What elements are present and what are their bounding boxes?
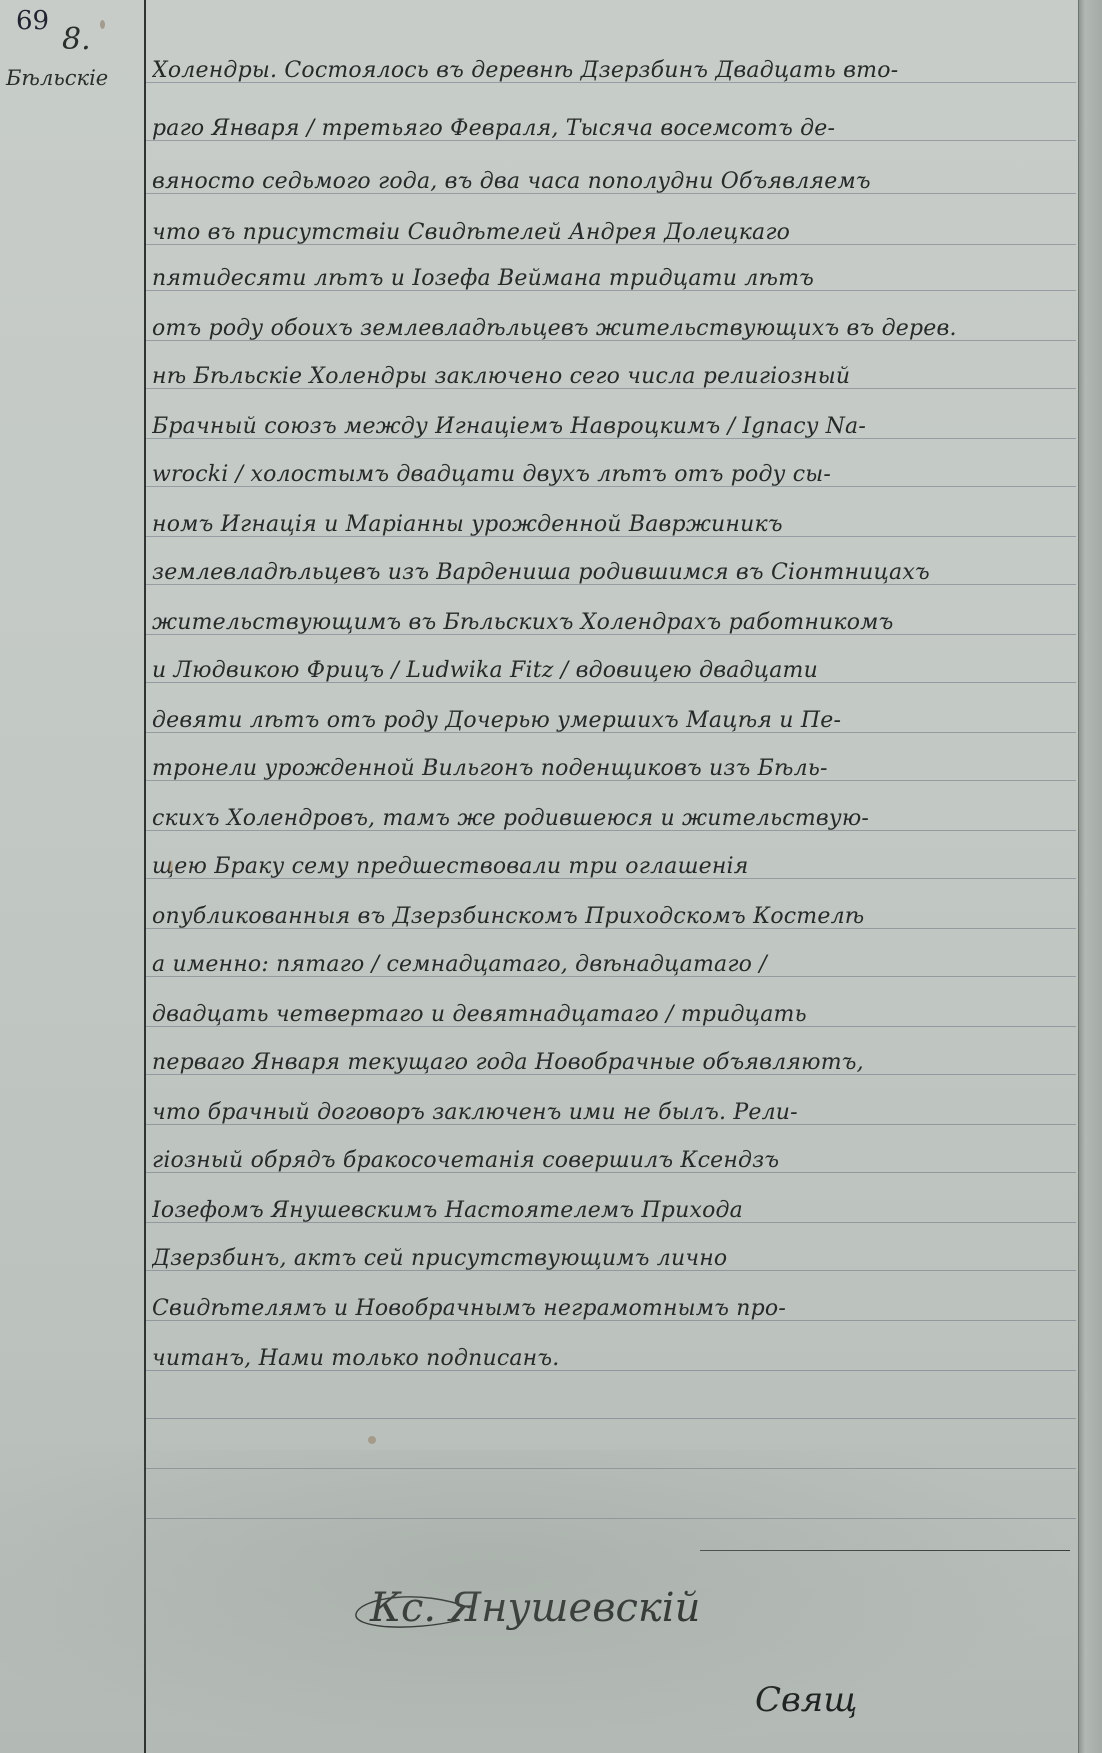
ruled-line [146, 1468, 1076, 1469]
body-line: девяти лѣтъ отъ роду Дочерью умершихъ Ма… [152, 708, 1072, 733]
folio-number: 69 [16, 6, 49, 36]
body-line: Дзерзбинъ, актъ сей присутствующимъ личн… [152, 1246, 1072, 1271]
page-edge [1078, 0, 1102, 1753]
body-line: опубликованныя въ Дзерзбинскомъ Приходск… [152, 904, 1072, 929]
ruled-line [146, 1418, 1076, 1419]
register-page: 69 8. Бѣльскіе Холендры. Состоялось въ д… [0, 0, 1078, 1753]
body-line: что въ присутствіи Свидѣтелей Андрея Дол… [152, 220, 1072, 245]
entry-number: 8. [62, 22, 91, 57]
body-line: номъ Игнація и Маріанны урожденной Ваврж… [152, 512, 1072, 537]
body-line: Холендры. Состоялось въ деревнѣ Дзерзбин… [152, 58, 1072, 83]
body-line: тронели урожденной Вильгонъ поденщиковъ … [152, 756, 1072, 781]
body-line: жительствующимъ въ Бѣльскихъ Холендрахъ … [152, 610, 1072, 635]
body-line: и Людвикою Фрицъ / Ludwika Fitz / вдовиц… [152, 658, 1072, 683]
body-line: Брачный союзъ между Игнаціемъ Наврoцкимъ… [152, 414, 1072, 439]
body-line: нѣ Бѣльскіе Холендры заключено сего числ… [152, 364, 1072, 389]
body-line: читанъ, Нами только подписанъ. [152, 1346, 1072, 1371]
body-line: раго Января / третьяго Февраля, Тысяча в… [152, 116, 1072, 141]
margin-rule [144, 0, 146, 1753]
closing-rule [700, 1550, 1070, 1551]
body-line: двадцать четвертаго и девятнадцатаго / т… [152, 1002, 1072, 1027]
body-line: Свидѣтелямъ и Новобрачнымъ неграмотнымъ … [152, 1296, 1072, 1321]
body-line: пятидесяти лѣтъ и Іозефа Веймана тридцат… [152, 266, 1072, 291]
body-line: вяносто седьмого года, въ два часа попол… [152, 169, 1072, 194]
body-line: а именно: пятаго / семнадцатаго, двѣнадц… [152, 952, 1072, 977]
margin-place-name: Бѣльскіе [6, 66, 144, 90]
body-line: землевладѣльцевъ изъ Вардениша родившимс… [152, 560, 1072, 585]
body-line: что брачный договоръ заключенъ ими не бы… [152, 1100, 1072, 1125]
body-line: перваго Января текущаго года Новобрачные… [152, 1050, 1072, 1075]
body-line: скихъ Холендровъ, тамъ же родившеюся и ж… [152, 806, 1072, 831]
body-line: wrocki / холостымъ двадцати двухъ лѣтъ о… [152, 462, 1072, 487]
ink-stain [368, 1436, 376, 1444]
ink-stain [100, 20, 105, 29]
body-line: Іозефомъ Янушевскимъ Настоятелемъ Приход… [152, 1198, 1072, 1223]
body-line: отъ роду обоихъ землевладѣльцевъ жительс… [152, 316, 1072, 341]
ruled-line [146, 1518, 1076, 1519]
ink-stain [168, 860, 173, 872]
body-line: щею Браку сему предшествовали три оглаше… [152, 854, 1072, 879]
priest-title: Свящ [755, 1680, 857, 1720]
priest-signature: Кс. Янушевскій [370, 1585, 700, 1631]
body-line: гіозный обрядъ бракосочетанія совершилъ … [152, 1148, 1072, 1173]
